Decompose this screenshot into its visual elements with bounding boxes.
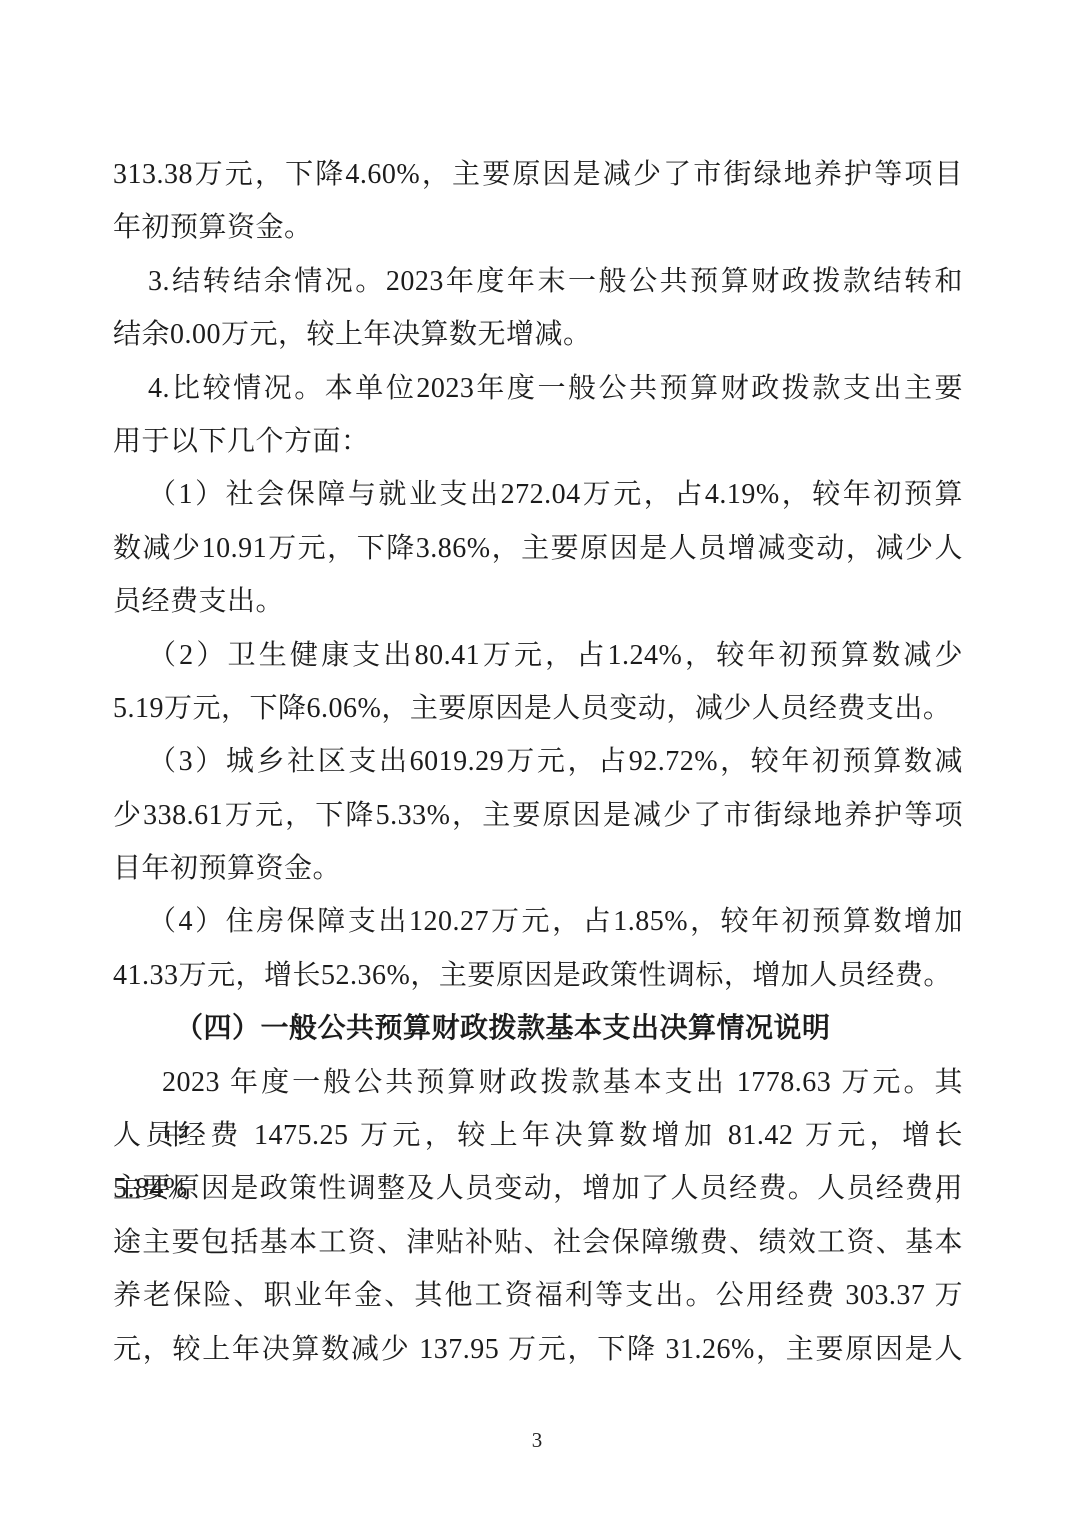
text-line: 41.33万元，增长52.36%，主要原因是政策性调标，增加人员经费。 bbox=[113, 949, 963, 1002]
text-line: 员经费支出。 bbox=[113, 575, 963, 628]
text-line: 少338.61万元，下降5.33%，主要原因是减少了市街绿地养护等项 bbox=[113, 789, 963, 842]
text-line: 4.比较情况。本单位2023年度一般公共预算财政拨款支出主要 bbox=[113, 362, 963, 415]
text-line: 途主要包括基本工资、津贴补贴、社会保障缴费、绩效工资、基本 bbox=[113, 1216, 963, 1269]
text-line: 3.结转结余情况。2023年度年末一般公共预算财政拨款结转和 bbox=[113, 255, 963, 308]
page-number: 3 bbox=[532, 1428, 543, 1452]
text-line: （4）住房保障支出120.27万元，占1.85%，较年初预算数增加 bbox=[113, 895, 963, 948]
text-line: 目年初预算资金。 bbox=[113, 842, 963, 895]
page-footer: 3 bbox=[0, 1428, 1074, 1452]
text-line: （2）卫生健康支出80.41万元，占1.24%，较年初预算数减少 bbox=[113, 629, 963, 682]
text-line: 5.19万元，下降6.06%，主要原因是人员变动，减少人员经费支出。 bbox=[113, 682, 963, 735]
text-line: 人员经费 1475.25 万元，较上年决算数增加 81.42 万元，增长 5.8… bbox=[113, 1109, 963, 1162]
text-line: （1）社会保障与就业支出272.04万元，占4.19%，较年初预算 bbox=[113, 468, 963, 521]
text-line: （3）城乡社区支出6019.29万元，占92.72%，较年初预算数减 bbox=[113, 735, 963, 788]
text-line: 养老保险、职业年金、其他工资福利等支出。公用经费 303.37 万 bbox=[113, 1269, 963, 1322]
text-line: 年初预算资金。 bbox=[113, 201, 963, 254]
document-page: 313.38万元，下降4.60%，主要原因是减少了市街绿地养护等项目 年初预算资… bbox=[0, 0, 1074, 1520]
text-line: 元，较上年决算数减少 137.95 万元，下降 31.26%，主要原因是人 bbox=[113, 1323, 963, 1376]
document-body: 313.38万元，下降4.60%，主要原因是减少了市街绿地养护等项目 年初预算资… bbox=[113, 148, 963, 1376]
text-line: 用于以下几个方面： bbox=[113, 415, 963, 468]
text-line: 主要原因是政策性调整及人员变动，增加了人员经费。人员经费用 bbox=[113, 1162, 963, 1215]
section-heading: （四）一般公共预算财政拨款基本支出决算情况说明 bbox=[113, 1002, 963, 1055]
text-line: 2023 年度一般公共预算财政拨款基本支出 1778.63 万元。其中： bbox=[113, 1056, 963, 1109]
text-line: 313.38万元，下降4.60%，主要原因是减少了市街绿地养护等项目 bbox=[113, 148, 963, 201]
text-line: 数减少10.91万元，下降3.86%，主要原因是人员增减变动，减少人 bbox=[113, 522, 963, 575]
text-line: 结余0.00万元，较上年决算数无增减。 bbox=[113, 308, 963, 361]
